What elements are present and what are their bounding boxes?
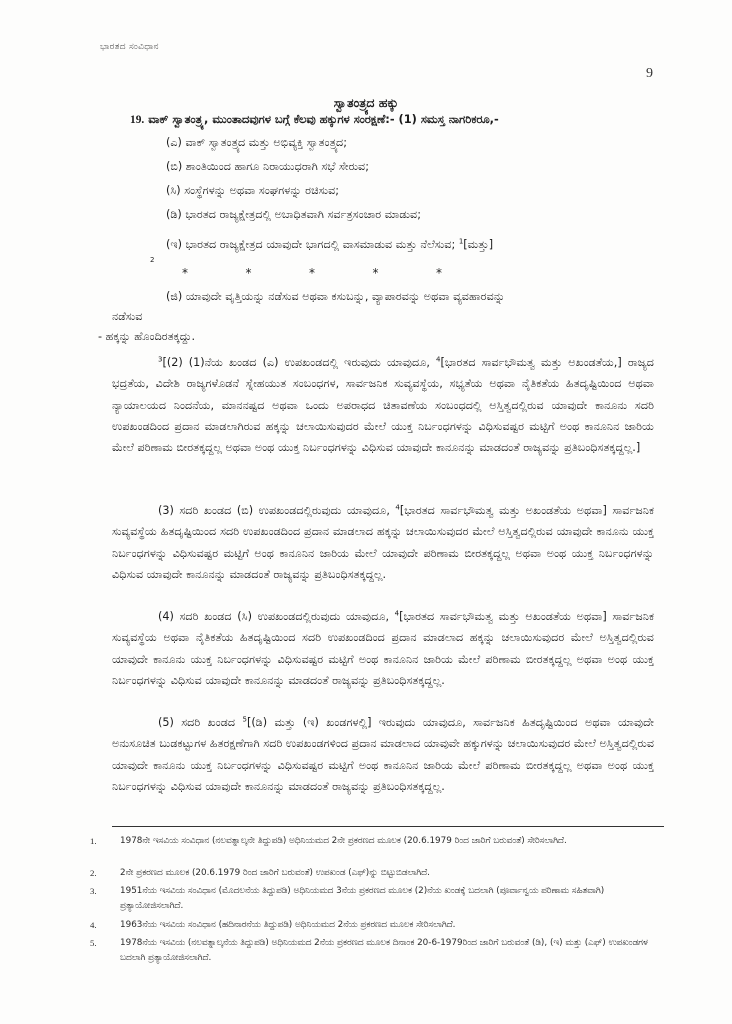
omission-footnote-ref: 2 — [150, 256, 154, 264]
footnote-divider — [112, 826, 664, 827]
footnote-3: 3. 1951ನೆಯ ಇಸವಿಯ ಸಂವಿಧಾನ (ಮೊದಲನೆಯ ತಿದ್ದು… — [90, 884, 660, 913]
clause-c: (ಸಿ) ಸಂಸ್ಥೆಗಳನ್ನು ಅಥವಾ ಸಂಘಗಳನ್ನು ರಚಿಸುವ; — [166, 184, 339, 198]
document-page: ಭಾರತದ ಸಂವಿಧಾನ 9 ಸ್ವಾತಂತ್ರ್ಯದ ಹಕ್ಕು 19. ವ… — [0, 0, 732, 1024]
clause-a: (ಎ) ವಾಕ್ ಸ್ವಾತಂತ್ರ್ಯದ ಮತ್ತು ಅಭಿವ್ಯಕ್ತಿ ಸ… — [166, 136, 347, 150]
page-number: 9 — [646, 66, 653, 82]
paragraph-lead: (4) ಸದರಿ ಖಂಡದ (ಸಿ) ಉಪಖಂಡದಲ್ಲಿರುವುದು ಯಾವು… — [158, 610, 389, 623]
clause-d: (ಡಿ) ಭಾರತದ ರಾಜ್ಯಕ್ಷೇತ್ರದಲ್ಲಿ ಅಬಾಧಿತವಾಗಿ … — [166, 208, 421, 222]
paragraph-4: (4) ಸದರಿ ಖಂಡದ (ಸಿ) ಉಪಖಂಡದಲ್ಲಿರುವುದು ಯಾವು… — [112, 606, 654, 691]
running-header: ಭಾರತದ ಸಂವಿಧಾನ — [100, 42, 159, 52]
clause-e-inserted: [ಮತ್ತು] — [463, 238, 493, 251]
footnote-2: 2. 2ನೇ ಪ್ರಕರಣದ ಮೂಲಕ (20.6.1979 ರಿಂದ ಜಾರಿ… — [90, 866, 660, 881]
article-heading: 19. ವಾಕ್ ಸ್ವಾತಂತ್ರ್ಯ, ಮುಂತಾದವುಗಳ ಬಗ್ಗೆ ಕ… — [130, 112, 670, 127]
footnote-number: 1. — [90, 834, 97, 849]
footnote-text: 1978ನೆಯ ಇಸವಿಯ (ನಲವತ್ನಾಲ್ಕನೆಯ ತಿದ್ದುಪಡಿ) … — [120, 936, 660, 965]
paragraph-lead: (5) ಸದರಿ ಖಂಡದ — [158, 716, 235, 729]
star: * — [436, 266, 442, 280]
clause-g-continued: ನಡೆಸುವ — [112, 310, 142, 324]
footnote-text: 2ನೇ ಪ್ರಕರಣದ ಮೂಲಕ (20.6.1979 ರಿಂದ ಜಾರಿಗೆ … — [120, 866, 660, 881]
clause-b: (ಬಿ) ಶಾಂತಿಯಿಂದ ಹಾಗೂ ನಿರಾಯುಧರಾಗಿ ಸಭೆ ಸೇರು… — [166, 160, 369, 174]
footnote-text: 1978ನೇ ಇಸವಿಯ ಸಂವಿಧಾನ (ನಲವತ್ನಾಲ್ಕನೇ ತಿದ್ದ… — [120, 834, 660, 849]
footnote-5: 5. 1978ನೆಯ ಇಸವಿಯ (ನಲವತ್ನಾಲ್ಕನೆಯ ತಿದ್ದುಪಡ… — [90, 936, 660, 965]
clause-e-text: (ಇ) ಭಾರತದ ರಾಜ್ಯಕ್ಷೇತ್ರದ ಯಾವುದೇ ಭಾಗದಲ್ಲಿ … — [166, 238, 455, 251]
clause-e: (ಇ) ಭಾರತದ ರಾಜ್ಯಕ್ಷೇತ್ರದ ಯಾವುದೇ ಭಾಗದಲ್ಲಿ … — [166, 238, 493, 252]
paragraph-3: (3) ಸದರಿ ಖಂಡದ (ಬಿ) ಉಪಖಂಡದಲ್ಲಿರುವುದು ಯಾವು… — [112, 500, 654, 585]
footnote-number: 5. — [90, 936, 97, 951]
star: * — [182, 266, 188, 280]
paragraph-text: [ಭಾರತದ ಸಾರ್ವಭೌಮತ್ವ ಮತ್ತು ಅಖಂಡತೆಯ,] ರಾಜ್ಯ… — [112, 356, 654, 454]
footnote-number: 4. — [90, 918, 97, 933]
footnote-text: 1951ನೆಯ ಇಸವಿಯ ಸಂವಿಧಾನ (ಮೊದಲನೆಯ ತಿದ್ದುಪಡಿ… — [120, 884, 660, 913]
star: * — [246, 266, 252, 280]
closing-line: - ಹಕ್ಕನ್ನು ಹೊಂದಿರತಕ್ಕದ್ದು. — [98, 330, 195, 344]
footnote-number: 2. — [90, 866, 97, 881]
footnote-4: 4. 1963ನೆಯ ಇಸವಿಯ ಸಂವಿಧಾನ (ಹದಿನಾರನೆಯ ತಿದ್… — [90, 918, 660, 933]
clause-g: (ಜಿ) ಯಾವುದೇ ವೃತ್ತಿಯನ್ನು ನಡೆಸುವ ಅಥವಾ ಕಸುಬ… — [166, 290, 505, 304]
footnote-number: 3. — [90, 884, 97, 899]
omission-stars: * * * * * — [182, 266, 442, 280]
footnote-text: 1963ನೆಯ ಇಸವಿಯ ಸಂವಿಧಾನ (ಹದಿನಾರನೆಯ ತಿದ್ದುಪ… — [120, 918, 660, 933]
paragraph-5: (5) ಸದರಿ ಖಂಡದ 5[(ಡಿ) ಮತ್ತು (ಇ) ಖಂಡಗಳಲ್ಲಿ… — [112, 712, 654, 797]
article-number: 19. — [130, 114, 144, 126]
article-heading-text: ವಾಕ್ ಸ್ವಾತಂತ್ರ್ಯ, ಮುಂತಾದವುಗಳ ಬಗ್ಗೆ ಕೆಲವು… — [148, 112, 498, 126]
star: * — [373, 266, 379, 280]
paragraph-lead: [(2) (1)ನೆಯ ಖಂಡದ (ಎ) ಉಪಖಂಡದಲ್ಲಿ ಇರುವುದು … — [162, 356, 429, 369]
paragraph-lead: (3) ಸದರಿ ಖಂಡದ (ಬಿ) ಉಪಖಂಡದಲ್ಲಿರುವುದು ಯಾವು… — [158, 504, 390, 517]
section-title: ಸ್ವಾತಂತ್ರ್ಯದ ಹಕ್ಕು — [0, 95, 732, 111]
paragraph-2: 3[(2) (1)ನೆಯ ಖಂಡದ (ಎ) ಉಪಖಂಡದಲ್ಲಿ ಇರುವುದು… — [112, 352, 654, 458]
star: * — [309, 266, 315, 280]
footnote-1: 1. 1978ನೇ ಇಸವಿಯ ಸಂವಿಧಾನ (ನಲವತ್ನಾಲ್ಕನೇ ತಿ… — [90, 834, 660, 849]
